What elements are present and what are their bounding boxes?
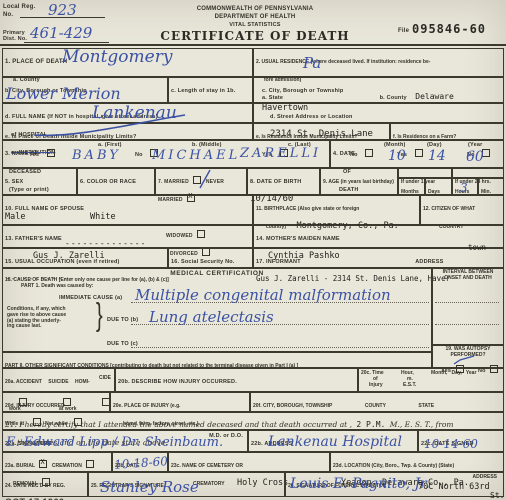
s21-text2: M., E. S. T., from xyxy=(390,420,454,429)
field-injury-occurred: 20d. INJURY OCCURRED While at Not while … xyxy=(2,392,110,412)
s3-first-value: BABY xyxy=(72,148,121,163)
field-spouse-name: 10. FULL NAME OF SPOUSE -------------- xyxy=(2,195,253,225)
s18-b-value: Lung atelectasis xyxy=(149,308,274,326)
field-residence-city: c. City, Borough or Township Havertown xyxy=(253,77,504,103)
s26-address-label: ADDRESS xyxy=(473,475,497,481)
s23a-num: 23a. xyxy=(5,463,15,469)
age-under24-header: If under 24 hrs. xyxy=(452,168,504,178)
s3-label1: 3. NAME OF xyxy=(5,151,38,157)
field-injury-location: 20f. CITY, BOROUGH, TOWNSHIP COUNTY STAT… xyxy=(250,392,504,412)
file-number: 095846-60 xyxy=(412,22,486,36)
s1a-value: Montgomery xyxy=(62,47,172,67)
file-label: File xyxy=(398,28,409,35)
field-mothers-maiden-name: 14. MOTHER'S MAIDEN NAME Cynthia Pashko xyxy=(253,225,504,248)
s4-month-value: 10 xyxy=(388,148,406,164)
s4-day-value: 14 xyxy=(428,148,446,164)
field-occupation: 15. USUAL OCCUPATION (even if retired) -… xyxy=(2,248,168,268)
field-birthplace: 11. BIRTHPLACE (Also give state or forei… xyxy=(253,195,420,225)
s20a-homicide1: HOMI- xyxy=(75,379,90,385)
interval-line-b xyxy=(435,324,499,325)
interval-column: INTERVAL BETWEEN ONSET AND DEATH xyxy=(432,268,504,345)
field-residence-municipality-limits: e. Is Residence Inside Municipality Limi… xyxy=(253,123,390,140)
s15-label: 15. USUAL OCCUPATION (even if retired) xyxy=(5,259,120,265)
s10-label: 10. FULL NAME OF SPOUSE xyxy=(5,206,84,212)
field-time-of-injury: 20c. Time of Injury Hour, m. E.S.T. Mont… xyxy=(358,368,504,392)
s9-label: 9. AGE (in years last birthday) xyxy=(323,179,394,185)
primary-line xyxy=(24,42,109,43)
field-date-received: 24. DATE REC'D BY REG. OCT 17 1960 xyxy=(2,472,88,497)
s4-label1: 4. DATE xyxy=(333,151,355,157)
s21-time-value: 2 P.M. xyxy=(356,420,385,429)
field-cause-of-death: MEDICAL CERTIFICATION 18. CAUSE OF DEATH… xyxy=(2,268,432,352)
s23a-cremation-label: CREMATION xyxy=(52,463,82,469)
s22b-value: Lankenau Hospital xyxy=(268,434,402,450)
conditions-brace: } xyxy=(96,298,103,335)
s17-address-label: ADDRESS xyxy=(415,259,443,265)
s20c-label3: Injury xyxy=(369,383,383,389)
s26-address-value: 70C North 63rd xyxy=(418,482,490,492)
death-certificate-scan: Local Reg. No. 923 Primary Dist. No. 461… xyxy=(0,0,506,500)
s8-label: 8. DATE OF BIRTH xyxy=(250,179,301,185)
s20c-hour3: E.S.T. xyxy=(403,383,416,389)
certificate-title: CERTIFICATE OF DEATH xyxy=(150,29,360,43)
s20a-accident-label: ACCIDENT xyxy=(16,379,42,385)
certify-statement: 21. I hereby certify that I attended the… xyxy=(2,412,504,430)
s13-label: 13. FATHER'S NAME xyxy=(5,236,62,242)
s18-conditions-note: Conditions, if any, which gave rise to a… xyxy=(7,307,99,330)
field-other-significant-conditions: PART II. OTHER SIGNIFICANT CONDITIONS [c… xyxy=(2,352,432,368)
field-residence-farm: f. Is Residence on a Farm? Yes No xyxy=(390,123,504,140)
local-reg-no-label: No. xyxy=(3,12,13,19)
s18-a-value: Multiple congenital malformation xyxy=(135,286,391,304)
field-cemetery-location: 23d. LOCATION (City, Boro., Twp. & Count… xyxy=(330,452,504,472)
s3-middle-value: MICHAEL xyxy=(152,148,240,163)
s22c-value: 10-14-60 xyxy=(424,437,478,451)
s7-married-label: MARRIED xyxy=(164,179,189,185)
s3-last-value: ZARELLI xyxy=(240,146,321,161)
field-date-of-birth: 8. DATE OF BIRTH 10/14/60 xyxy=(247,168,320,195)
field-informant: 17. INFORMANT ADDRESS Gus J. Zarelli - 2… xyxy=(253,248,504,268)
age-months-cell: Months xyxy=(398,178,425,195)
checkbox-cremation xyxy=(86,460,94,468)
s1-title: 1. PLACE OF DEATH xyxy=(5,59,67,65)
s18-cond4: ing cause last. xyxy=(7,323,41,329)
s4-year-label: (Year xyxy=(468,142,482,149)
s26-value: Louis E. Pagnito, Jr. xyxy=(290,476,430,492)
local-reg-label: Local Reg. xyxy=(3,4,35,11)
age-days-cell: Days xyxy=(425,178,452,195)
s17-wrap-value: town xyxy=(468,243,486,252)
field-length-of-stay: c. Length of stay in 1b. xyxy=(168,77,253,103)
field-burial-cremation: 23a. BURIAL X CREMATION REMOVAL xyxy=(2,452,112,472)
s20a-num: 20a. xyxy=(5,379,15,385)
s18-due-b-label: DUE TO (b) xyxy=(107,317,138,324)
s20c-mdy-label: Month, Day, Year xyxy=(431,371,476,377)
field-residence-street: d. Street Address or Location 2314 St. D… xyxy=(253,103,504,123)
field-place-of-injury: 20e. PLACE OF INJURY (e.g. home, farm, f… xyxy=(110,392,250,412)
cause-c-line xyxy=(131,347,429,348)
s14-label: 14. MOTHER'S MAIDEN NAME xyxy=(256,236,340,242)
field-usual-residence: 2. USUAL RESIDENCE (where deceased lived… xyxy=(253,48,504,77)
s25-value: Stanley Rose xyxy=(100,478,199,496)
primary-value: 461-429 xyxy=(30,24,92,42)
s11-label1: 11. BIRTHPLACE (Also give state or forei… xyxy=(256,206,359,212)
s24-label: 24. DATE REC'D BY REG. xyxy=(5,483,65,489)
s9-hours-value: 3 xyxy=(460,181,468,195)
s20f-county-label: COUNTY xyxy=(365,403,386,409)
s5-label: 5. SEX xyxy=(5,179,23,185)
header-rule xyxy=(0,44,506,46)
org-line2: DEPARTMENT OF HEALTH xyxy=(150,14,360,21)
field-age: 9. AGE (in years last birthday) xyxy=(320,168,398,195)
pen-mark-autopsy-yes xyxy=(452,354,476,368)
burial-x: X xyxy=(40,458,44,466)
field-fathers-name: 13. FATHER'S NAME Gus J. Zarelli xyxy=(2,225,253,248)
age-under1-header: If under 1 year xyxy=(398,168,452,178)
s2d-label: d. Street Address or Location xyxy=(270,114,353,120)
s23a-burial-label: BURIAL xyxy=(16,463,35,469)
pen-mark-never-married xyxy=(196,168,216,190)
field-how-injury-occurred: 20b. DESCRIBE HOW INJURY OCCURRED. xyxy=(115,368,358,392)
s2-title1: 2. USUAL RESIDENCE (where deceased lived… xyxy=(256,59,430,65)
field-cemetery-name: 23c. NAME OF CEMETERY OR CREMATORY Holy … xyxy=(168,452,330,472)
s23d-label: 23d. LOCATION (City, Boro., Twp. & Count… xyxy=(333,463,454,469)
s20f-label: 20f. CITY, BOROUGH, TOWNSHIP xyxy=(253,403,332,409)
s20e-label1: 20e. PLACE OF INJURY (e.g. xyxy=(113,403,181,409)
s20a-homicide-label: HOMI- xyxy=(75,379,90,385)
s6-label: 6. COLOR OR RACE xyxy=(80,179,136,185)
s2c-label: c. City, Borough or Township xyxy=(262,88,343,94)
local-reg-value: 923 xyxy=(48,1,77,19)
s26-address-value2: St. xyxy=(490,491,504,500)
s1c-label: c. Length of stay in 1b. xyxy=(171,88,235,94)
s17-label: 17. INFORMANT xyxy=(256,259,301,265)
s2a-value: Pa xyxy=(303,54,321,72)
s21-text1: 21. I hereby certify that I attended the… xyxy=(5,420,352,429)
s1b-value: Lower Merion xyxy=(6,84,121,103)
s20f-state-label: STATE xyxy=(418,403,434,409)
org-line1: COMMONWEALTH OF PENNSYLVANIA xyxy=(150,6,360,13)
field-ssn: 16. Social Security No. xyxy=(168,248,253,268)
org-line3: VITAL STATISTICS xyxy=(150,22,360,29)
field-citizenship: 12. CITIZEN OF WHAT COUNTRY xyxy=(420,195,504,225)
pen-mark-1e-yes xyxy=(30,114,190,138)
s16-label: 16. Social Security No. xyxy=(171,259,235,265)
field-color-or-race: 6. COLOR OR RACE White xyxy=(77,168,155,195)
s20a-suicide-label: SUICIDE xyxy=(48,379,68,385)
field-accident-suicide-homicide: 20a. ACCIDENT SUICIDE HOMI- CIDE xyxy=(2,368,115,392)
s12-label1: 12. CITIZEN OF WHAT xyxy=(423,206,475,212)
s18-immediate-label: IMMEDIATE CAUSE (a) xyxy=(59,295,122,302)
s22a-value: E. Edward Lipp / Dr. Sheinbaum. xyxy=(6,435,223,450)
s23c-label1: 23c. NAME OF CEMETERY OR xyxy=(171,463,243,469)
s20b-label: 20b. DESCRIBE HOW INJURY OCCURRED. xyxy=(118,379,237,385)
s20a-homicide2: CIDE xyxy=(99,376,111,382)
field-sex: 5. SEX Male xyxy=(2,168,77,195)
age-min-cell: Min. xyxy=(478,178,504,195)
checkbox-burial: X xyxy=(39,460,47,468)
s18-interval2: ONSET AND DEATH xyxy=(435,276,501,282)
s4-year-value: 60 xyxy=(466,149,484,165)
interval-line-a xyxy=(435,302,499,303)
